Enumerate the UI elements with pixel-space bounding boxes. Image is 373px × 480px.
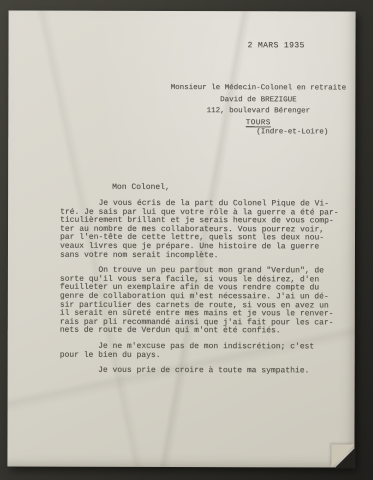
recipient-name: David de BREZIGUE: [108, 94, 373, 106]
recipient-street: 112, boulevard Bérenger: [108, 106, 373, 118]
corner-cut-shadow: [334, 447, 355, 468]
recipient-department: (Indre-et-Loire): [142, 127, 373, 139]
letter-paragraph-1: Je vous écris de la part du Colonel Piqu…: [60, 200, 356, 261]
recipient-city: TOURS: [246, 119, 271, 127]
scanned-letter-page: 2 MARS 1935 Monsieur le Médecin-Colonel …: [0, 0, 373, 480]
letter-body: Je vous écris de la part du Colonel Piqu…: [60, 200, 356, 383]
letter-date: 2 MARS 1935: [247, 41, 304, 50]
letter-paper: 2 MARS 1935 Monsieur le Médecin-Colonel …: [7, 11, 355, 468]
letter-paragraph-4: Je vous prie de croire à toute ma sympat…: [60, 367, 356, 376]
recipient-title: Monsieur le Médecin-Colonel en retraite: [108, 83, 373, 95]
salutation: Mon Colonel,: [112, 183, 170, 192]
letter-paragraph-2: On trouve un peu partout mon grand "Verd…: [60, 267, 356, 337]
letter-paragraph-3: Je ne m'excuse pas de mon indiscrétion; …: [60, 343, 356, 361]
recipient-address-block: Monsieur le Médecin-Colonel en retraite …: [108, 83, 373, 139]
